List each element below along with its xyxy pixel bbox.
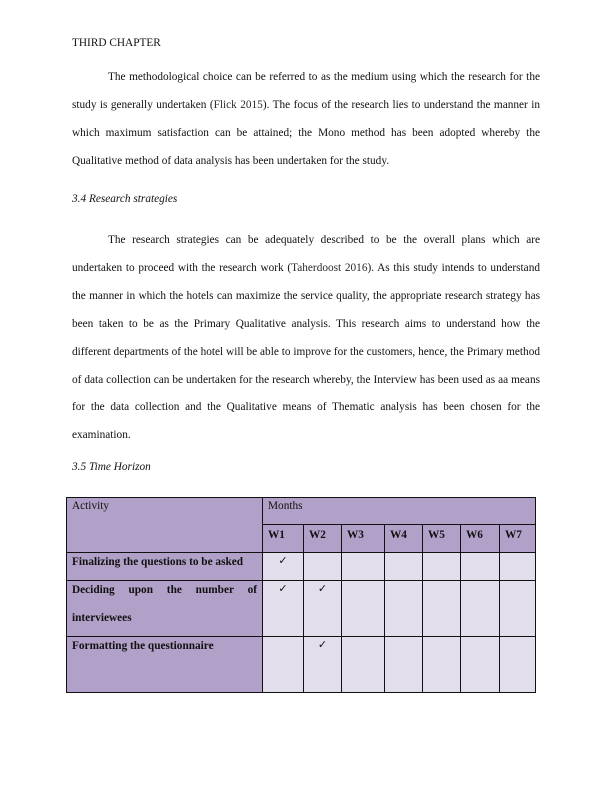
checkmark-icon: ✓	[263, 553, 303, 567]
week-header-w1: W1	[263, 525, 304, 553]
schedule-cell-w4	[385, 581, 423, 637]
schedule-cell-w3	[342, 637, 385, 693]
checkmark-icon: ✓	[304, 581, 341, 595]
citation-flick: Flick 2015	[214, 99, 263, 111]
schedule-cell-w7	[500, 637, 536, 693]
schedule-cell-w3	[342, 553, 385, 581]
week-header-w7: W7	[500, 525, 536, 553]
months-header-cell: Months	[263, 498, 536, 525]
table-row: Deciding upon the number of interviewees…	[67, 581, 536, 637]
activity-cell: Formatting the questionnaire	[67, 637, 263, 693]
week-header-w2: W2	[304, 525, 342, 553]
schedule-cell-w2: ✓	[304, 637, 342, 693]
week-label: W7	[500, 525, 535, 541]
week-label: W5	[423, 525, 460, 541]
schedule-cell-w5	[423, 553, 461, 581]
schedule-cell-w1: ✓	[263, 553, 304, 581]
paragraph-methodological-choice: The methodological choice can be referre…	[72, 64, 540, 176]
checkmark-icon: ✓	[263, 581, 303, 595]
activity-label: Finalizing the questions to be asked	[72, 549, 257, 577]
time-horizon-table: Activity Months W1W2W3W4W5W6W7 Finalizin…	[66, 497, 536, 693]
week-header-w4: W4	[385, 525, 423, 553]
schedule-cell-w1: ✓	[263, 581, 304, 637]
citation-taherdoost: Taherdoost 2016	[291, 262, 367, 274]
week-header-w6: W6	[461, 525, 500, 553]
week-label: W6	[461, 525, 499, 541]
week-label: W1	[263, 525, 303, 541]
section-heading-research-strategies: 3.4 Research strategies	[72, 193, 177, 205]
activity-header: Activity	[67, 498, 262, 512]
week-label: W2	[304, 525, 341, 541]
schedule-cell-w1	[263, 637, 304, 693]
schedule-cell-w3	[342, 581, 385, 637]
schedule-cell-w7	[500, 581, 536, 637]
checkmark-icon: ✓	[304, 637, 341, 651]
schedule-cell-w4	[385, 637, 423, 693]
week-label: W4	[385, 525, 422, 541]
schedule-cell-w6	[461, 581, 500, 637]
schedule-cell-w4	[385, 553, 423, 581]
week-header-w5: W5	[423, 525, 461, 553]
months-header: Months	[263, 498, 535, 512]
schedule-cell-w2: ✓	[304, 581, 342, 637]
schedule-cell-w6	[461, 553, 500, 581]
activity-cell: Deciding upon the number of interviewees	[67, 581, 263, 637]
schedule-cell-w5	[423, 581, 461, 637]
paragraph-research-strategies: The research strategies can be adequatel…	[72, 227, 540, 450]
table-row: Formatting the questionnaire✓	[67, 637, 536, 693]
schedule-cell-w6	[461, 637, 500, 693]
activity-label: Deciding upon the number of interviewees	[72, 577, 257, 633]
activity-header-cell: Activity	[67, 498, 263, 553]
chapter-label: THIRD CHAPTER	[72, 37, 161, 49]
week-header-w3: W3	[342, 525, 385, 553]
schedule-cell-w5	[423, 637, 461, 693]
week-label: W3	[342, 525, 384, 541]
schedule-cell-w7	[500, 553, 536, 581]
paragraph-text: ). As this study intends to understand t…	[72, 262, 540, 441]
section-heading-time-horizon: 3.5 Time Horizon	[72, 461, 151, 473]
schedule-cell-w2	[304, 553, 342, 581]
activity-label: Formatting the questionnaire	[72, 633, 257, 661]
